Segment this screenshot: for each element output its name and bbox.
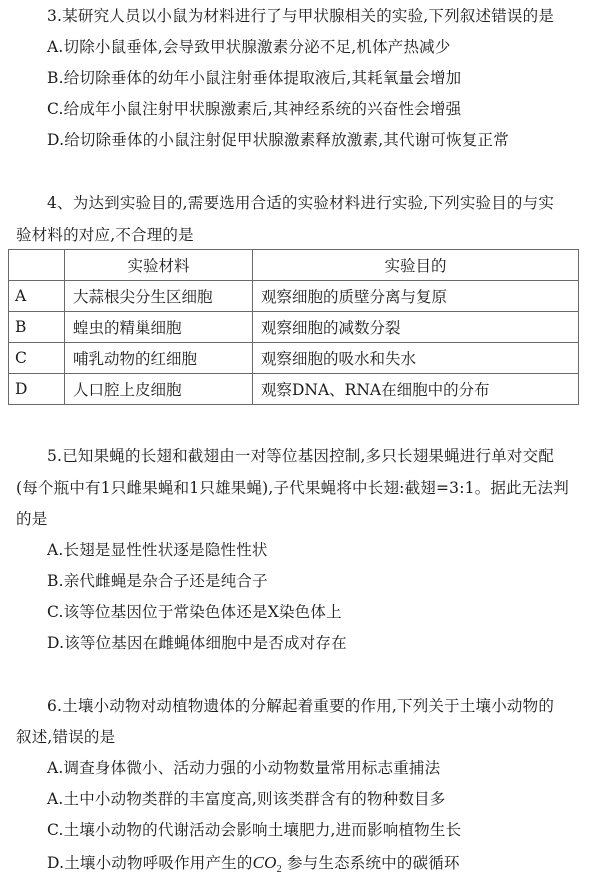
q5-stem-line-1: 5.已知果蝇的长翅和截翅由一对等位基因控制,多只长翅果蝇进行单对交配 xyxy=(47,446,554,466)
row-purpose: 观察细胞的质壁分离与复原 xyxy=(253,281,579,312)
experiment-table: 实验材料 实验目的 A 大蒜根尖分生区细胞 观察细胞的质壁分离与复原 B 蝗虫的… xyxy=(8,249,579,405)
row-purpose: 观察细胞的减数分裂 xyxy=(253,312,579,343)
q3-option-d: D.给切除垂体的小鼠注射促甲状腺激素释放激素,其代谢可恢复正常 xyxy=(47,130,509,150)
table-row: B 蝗虫的精巢细胞 观察细胞的减数分裂 xyxy=(9,312,579,343)
q3-option-b: B.给切除垂体的幼年小鼠注射垂体提取液后,其耗氧量会增加 xyxy=(47,68,461,88)
q5-option-c: C.该等位基因位于常染色体还是X染色体上 xyxy=(47,602,342,622)
table-row: D 人口腔上皮细胞 观察DNA、RNA在细胞中的分布 xyxy=(9,374,579,405)
row-material: 大蒜根尖分生区细胞 xyxy=(65,281,253,312)
q5-stem-line-3: 的是 xyxy=(16,509,47,529)
co2-formula-subscript: 2 xyxy=(277,864,282,875)
q6-option-d: D.土壤小动物呼吸作用产生的CO2 参与生态系统中的碳循环 xyxy=(47,853,460,873)
row-material: 哺乳动物的红细胞 xyxy=(65,343,253,374)
row-material: 蝗虫的精巢细胞 xyxy=(65,312,253,343)
q4-stem-line-2: 验材料的对应,不合理的是 xyxy=(16,225,194,245)
header-option xyxy=(9,250,65,281)
q4-stem-line-1: 4、为达到实验目的,需要选用合适的实验材料进行实验,下列实验目的与实 xyxy=(47,193,554,213)
q3-stem: 3.某研究人员以小鼠为材料进行了与甲状腺相关的实验,下列叙述错误的是 xyxy=(47,6,554,26)
row-purpose: 观察细胞的吸水和失水 xyxy=(253,343,579,374)
header-purpose: 实验目的 xyxy=(253,250,579,281)
q6-stem-line-1: 6.土壤小动物对动植物遗体的分解起着重要的作用,下列关于土壤小动物的 xyxy=(47,696,554,716)
q6-option-a: A.调查身体微小、活动力强的小动物数量常用标志重捕法 xyxy=(47,758,440,778)
row-option: B xyxy=(9,312,65,343)
q5-option-b: B.亲代雌蝇是杂合子还是纯合子 xyxy=(47,571,268,591)
row-material: 人口腔上皮细胞 xyxy=(65,374,253,405)
co2-formula-base: CO xyxy=(253,853,277,872)
row-purpose: 观察DNA、RNA在细胞中的分布 xyxy=(253,374,579,405)
row-option: C xyxy=(9,343,65,374)
table-row: A 大蒜根尖分生区细胞 观察细胞的质壁分离与复原 xyxy=(9,281,579,312)
q6-option-b: A.土中小动物类群的丰富度高,则该类群含有的物种数目多 xyxy=(47,789,445,809)
co2-formula: CO2 xyxy=(253,853,282,872)
q5-option-a: A.长翅是显性性状逐是隐性性状 xyxy=(47,540,268,560)
q6-option-d-suffix: 参与生态系统中的碳循环 xyxy=(287,854,460,872)
row-option: D xyxy=(9,374,65,405)
q6-stem-line-2: 叙述,错误的是 xyxy=(16,727,115,747)
row-option: A xyxy=(9,281,65,312)
q5-stem-line-2: (每个瓶中有1只雌果蝇和1只雄果蝇),子代果蝇将中长翅:截翅=3:1。据此无法判 xyxy=(16,478,569,498)
q3-option-c: C.给成年小鼠注射甲状腺激素后,其神经系统的兴奋性会增强 xyxy=(47,99,461,119)
table-row: C 哺乳动物的红细胞 观察细胞的吸水和失水 xyxy=(9,343,579,374)
q6-option-d-prefix: D.土壤小动物呼吸作用产生的 xyxy=(47,854,253,872)
q6-option-c: C.土壤小动物的代谢活动会影响土壤肥力,进而影响植物生长 xyxy=(47,820,461,840)
q3-option-a: A.切除小鼠垂体,会导致甲状腺激素分泌不足,机体产热减少 xyxy=(47,37,451,57)
header-material: 实验材料 xyxy=(65,250,253,281)
table-header-row: 实验材料 实验目的 xyxy=(9,250,579,281)
q5-option-d: D.该等位基因在雌蝇体细胞中是否成对存在 xyxy=(47,633,347,653)
